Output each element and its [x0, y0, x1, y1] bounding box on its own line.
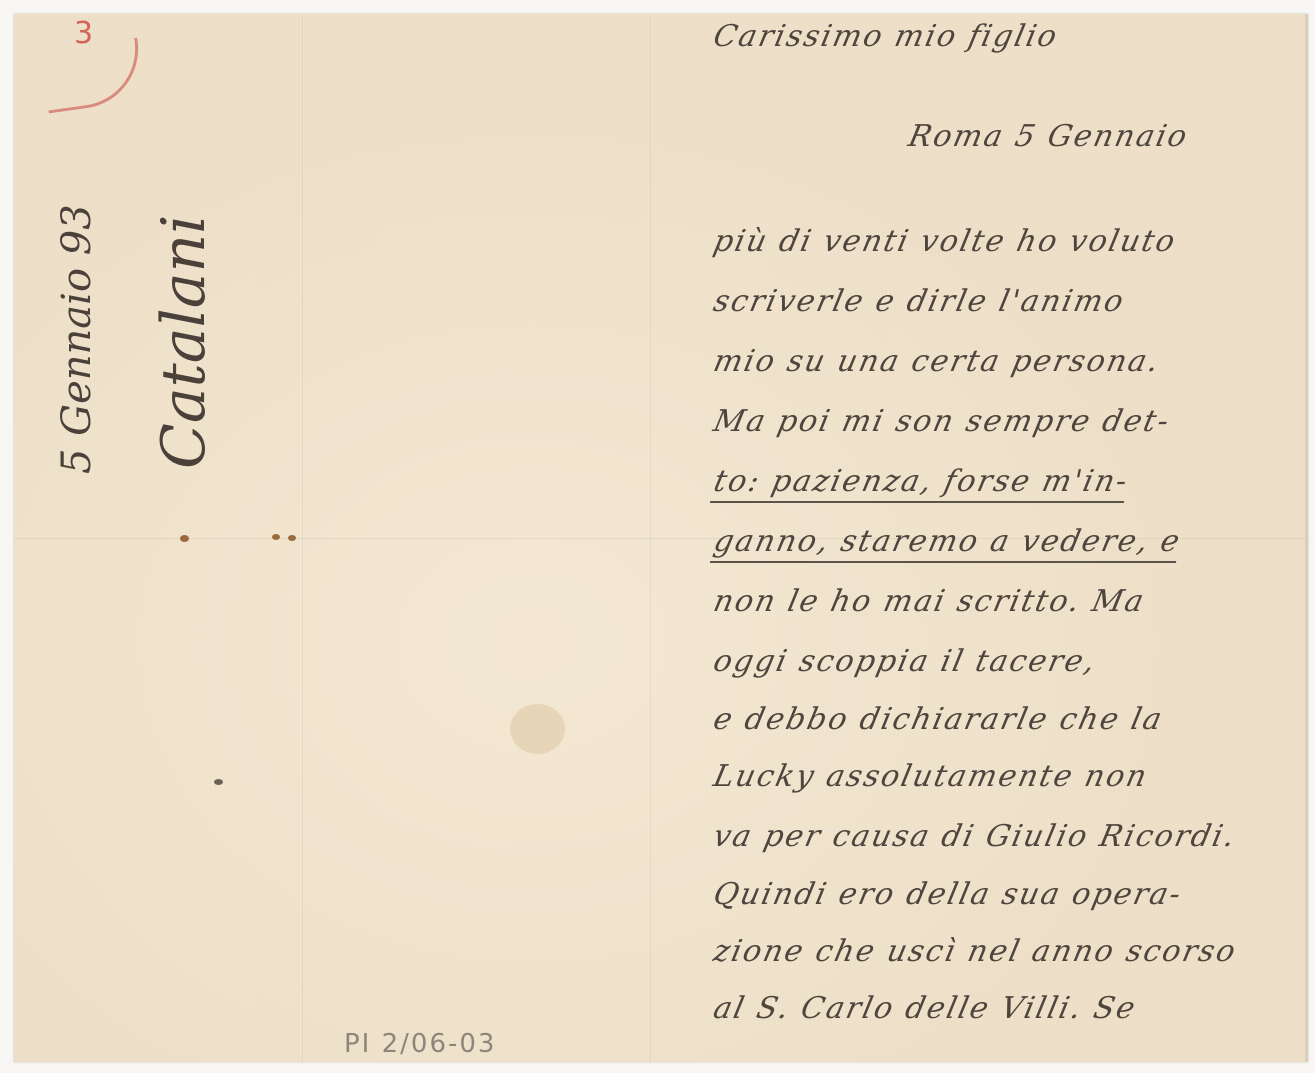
letter-sheet: 3 5 Gennaio 93 Catalani Carissimo mio fi…: [14, 14, 1308, 1062]
place-date: Roma 5 Gennaio: [905, 119, 1191, 154]
letter-line: al S. Carlo delle Villi. Se: [710, 991, 1140, 1026]
foxing-spot: [272, 534, 280, 540]
foxing-spot: [288, 535, 296, 541]
letter-line: zione che uscì nel anno scorso: [710, 934, 1240, 969]
letter-line: più di venti volte ho voluto: [710, 224, 1180, 259]
letter-line: scriverle e dirle l'animo: [710, 284, 1128, 319]
sheet-right-edge: [1305, 14, 1308, 1062]
margin-date-note: 5 Gennaio 93: [54, 204, 100, 474]
letter-line: Ma poi mi son sempre det-: [710, 404, 1173, 439]
ink-dot: [214, 779, 223, 785]
archive-shelfmark: PI 2/06-03: [344, 1029, 496, 1059]
letter-line: Quindi ero della sua opera-: [710, 877, 1185, 912]
foxing-spot: [180, 535, 189, 542]
stain: [510, 704, 565, 754]
letter-line: oggi scoppia il tacere,: [710, 644, 1100, 679]
letter-line: mio su una certa persona.: [710, 344, 1163, 379]
letter-line-underlined: ganno, staremo a vedere, e: [710, 524, 1185, 563]
letter-line: Lucky assolutamente non: [710, 759, 1151, 794]
letter-line: va per causa di Giulio Ricordi.: [710, 819, 1239, 854]
salutation: Carissimo mio figlio: [710, 19, 1061, 54]
letter-line-underlined: to: pazienza, forse m'in-: [710, 464, 1132, 503]
folio-bracket: [40, 37, 146, 113]
letter-line: e debbo dichiararle che la: [710, 702, 1166, 737]
letter-line: non le ho mai scritto. Ma: [710, 584, 1148, 619]
margin-name-note: Catalani: [149, 215, 219, 469]
